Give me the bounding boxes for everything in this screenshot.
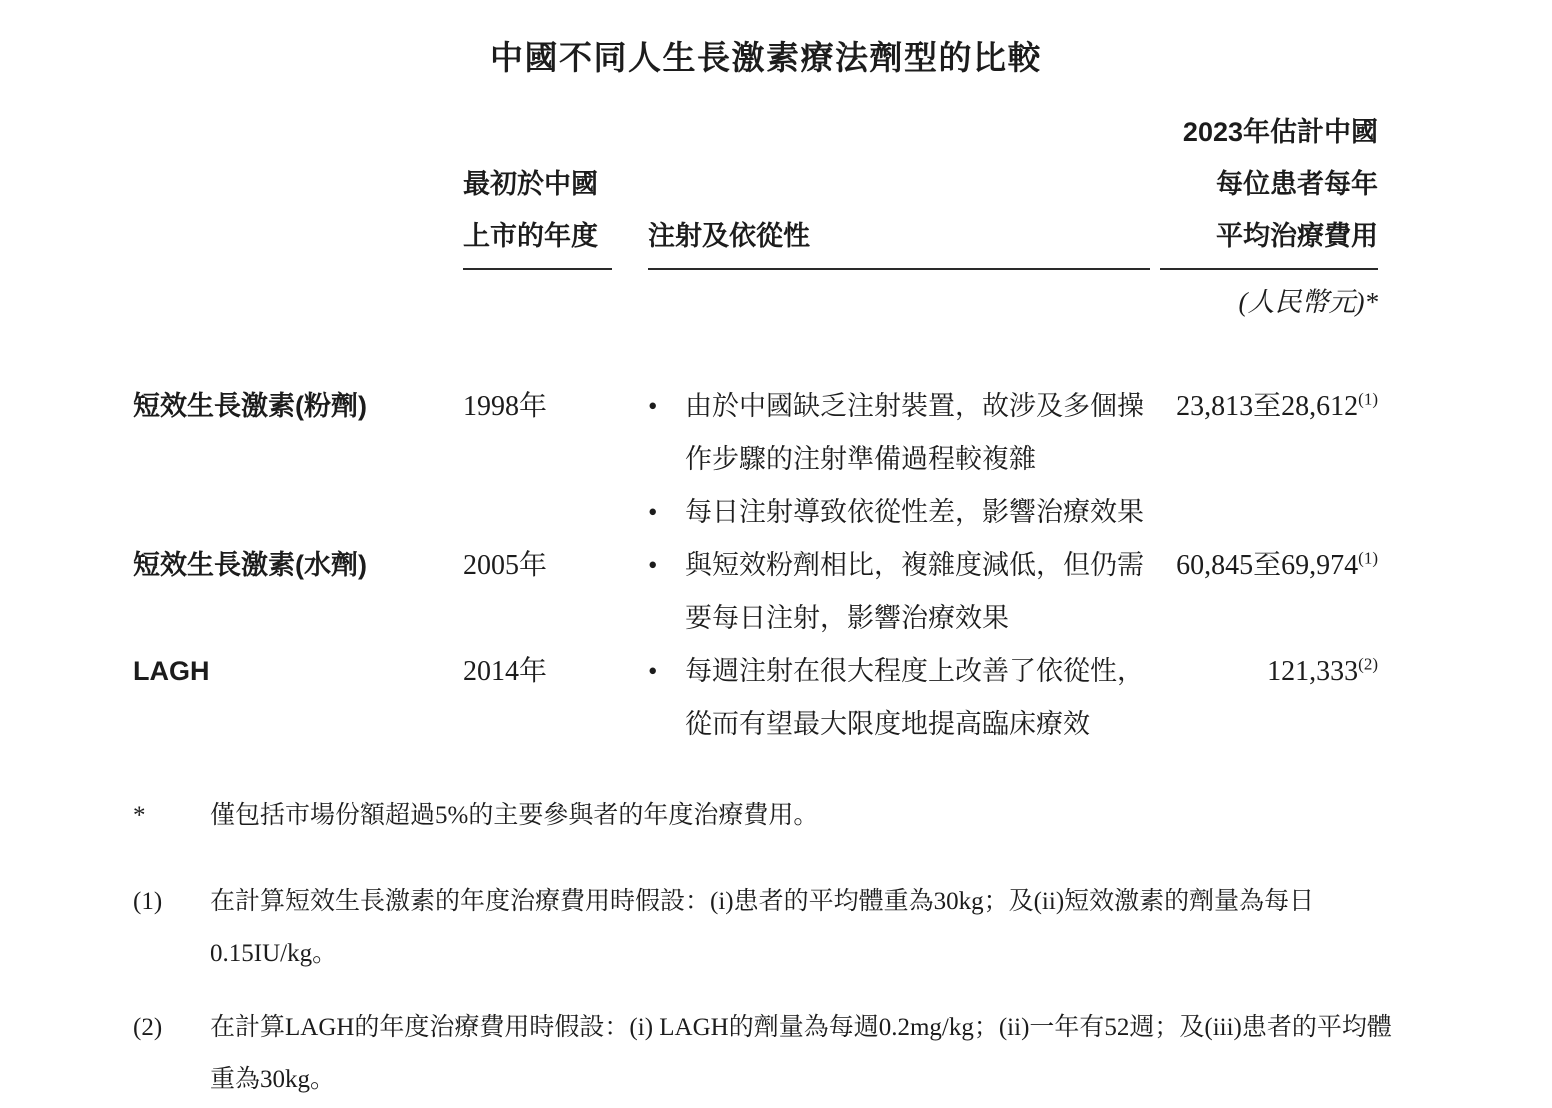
bullet-list: • 由於中國缺乏注射裝置，故涉及多個操作步驟的注射準備過程較複雜 • 每日注射導…	[648, 380, 1160, 539]
table-row: LAGH 2014年 • 每週注射在很大程度上改善了依從性，從而有望最大限度地提…	[133, 645, 1378, 751]
header-cost-unit: (人民幣元)*	[1160, 284, 1378, 320]
table-row: 短效生長激素(粉劑) 1998年 • 由於中國缺乏注射裝置，故涉及多個操作步驟的…	[133, 380, 1378, 539]
row-year: 2005年	[463, 539, 648, 592]
footnote-marker: *	[133, 790, 210, 842]
row-label: 短效生長激素(粉劑)	[133, 380, 463, 433]
footnote-marker: (2)	[133, 1002, 210, 1054]
footnotes: * 僅包括市場份額超過5%的主要參與者的年度治療費用。 (1) 在計算短效生長激…	[133, 790, 1423, 1106]
footnote: (1) 在計算短效生長激素的年度治療費用時假設：(i)患者的平均體重為30kg；…	[133, 876, 1423, 980]
row-cost: 23,813至28,612(1)	[1160, 380, 1378, 433]
table-row: 短效生長激素(水劑) 2005年 • 與短效粉劑相比，複雜度減低，但仍需要每日注…	[133, 539, 1378, 645]
cost-footnote-ref: (2)	[1358, 655, 1378, 674]
footnote-text: 在計算短效生長激素的年度治療費用時假設：(i)患者的平均體重為30kg；及(ii…	[210, 876, 1415, 980]
cost-value: 60,845至69,974	[1176, 550, 1358, 581]
footnote: (2) 在計算LAGH的年度治療費用時假設：(i) LAGH的劑量為每週0.2m…	[133, 1002, 1423, 1106]
cost-value: 23,813至28,612	[1176, 391, 1358, 422]
footnote-marker: (1)	[133, 876, 210, 928]
header-avg-cost-underlined: 2023年估計中國 每位患者每年 平均治療費用	[1160, 106, 1378, 270]
footnote-text: 僅包括市場份額超過5%的主要參與者的年度治療費用。	[210, 790, 1415, 842]
bullet-item: • 由於中國缺乏注射裝置，故涉及多個操作步驟的注射準備過程較複雜	[648, 380, 1160, 486]
footnote: * 僅包括市場份額超過5%的主要參與者的年度治療費用。	[133, 790, 1423, 842]
document-page: 中國不同人生長激素療法劑型的比較 最初於中國 上市的年度 注射及依從性 2023…	[0, 0, 1552, 1108]
bullet-icon: •	[648, 645, 685, 698]
row-cost: 121,333(2)	[1160, 645, 1378, 698]
cost-value: 121,333	[1267, 656, 1358, 687]
bullet-item: • 每週注射在很大程度上改善了依從性，從而有望最大限度地提高臨床療效	[648, 645, 1160, 751]
row-year: 2014年	[463, 645, 648, 698]
bullet-item: • 與短效粉劑相比，複雜度減低，但仍需要每日注射，影響治療效果	[648, 539, 1160, 645]
table-body: 短效生長激素(粉劑) 1998年 • 由於中國缺乏注射裝置，故涉及多個操作步驟的…	[133, 380, 1378, 751]
subheader-spacer-3	[648, 284, 1160, 320]
header-injection-compliance-underlined: 注射及依從性	[648, 210, 1150, 270]
bullet-list: • 與短效粉劑相比，複雜度減低，但仍需要每日注射，影響治療效果	[648, 539, 1160, 645]
bullet-icon: •	[648, 380, 685, 433]
bullet-text: 由於中國缺乏注射裝置，故涉及多個操作步驟的注射準備過程較複雜	[685, 380, 1153, 486]
bullet-icon: •	[648, 486, 685, 539]
bullet-list: • 每週注射在很大程度上改善了依從性，從而有望最大限度地提高臨床療效	[648, 645, 1160, 751]
footnote-text: 在計算LAGH的年度治療費用時假設：(i) LAGH的劑量為每週0.2mg/kg…	[210, 1002, 1415, 1106]
header-launch-year-line2: 上市的年度	[463, 210, 598, 262]
row-label: LAGH	[133, 645, 463, 698]
subheader-spacer-2	[463, 284, 648, 320]
header-avg-cost-line3: 平均治療費用	[1160, 210, 1378, 262]
header-avg-cost-line1: 2023年估計中國	[1160, 106, 1378, 158]
table-subheader-row: (人民幣元)*	[133, 284, 1378, 320]
bullet-icon: •	[648, 539, 685, 592]
row-cost: 60,845至69,974(1)	[1160, 539, 1378, 592]
cost-footnote-ref: (1)	[1358, 549, 1378, 568]
comparison-table: 最初於中國 上市的年度 注射及依從性 2023年估計中國 每位患者每年 平均治療…	[133, 106, 1378, 751]
row-label: 短效生長激素(水劑)	[133, 539, 463, 592]
header-launch-year-line1: 最初於中國	[463, 158, 598, 210]
header-launch-year-underlined: 最初於中國 上市的年度	[463, 158, 612, 270]
header-launch-year: 最初於中國 上市的年度	[463, 158, 648, 270]
header-injection-compliance: 注射及依從性	[648, 210, 1160, 270]
header-avg-cost-line2: 每位患者每年	[1160, 158, 1378, 210]
bullet-item: • 每日注射導致依從性差，影響治療效果	[648, 486, 1160, 539]
subheader-spacer-1	[133, 284, 463, 320]
row-year: 1998年	[463, 380, 648, 433]
header-avg-cost: 2023年估計中國 每位患者每年 平均治療費用	[1160, 106, 1378, 270]
cost-footnote-ref: (1)	[1358, 390, 1378, 409]
bullet-text: 每週注射在很大程度上改善了依從性，從而有望最大限度地提高臨床療效	[685, 645, 1153, 751]
page-title: 中國不同人生長激素療法劑型的比較	[490, 32, 1042, 79]
bullet-text: 每日注射導致依從性差，影響治療效果	[685, 486, 1153, 539]
bullet-text: 與短效粉劑相比，複雜度減低，但仍需要每日注射，影響治療效果	[685, 539, 1153, 645]
table-header-row: 最初於中國 上市的年度 注射及依從性 2023年估計中國 每位患者每年 平均治療…	[133, 106, 1378, 270]
